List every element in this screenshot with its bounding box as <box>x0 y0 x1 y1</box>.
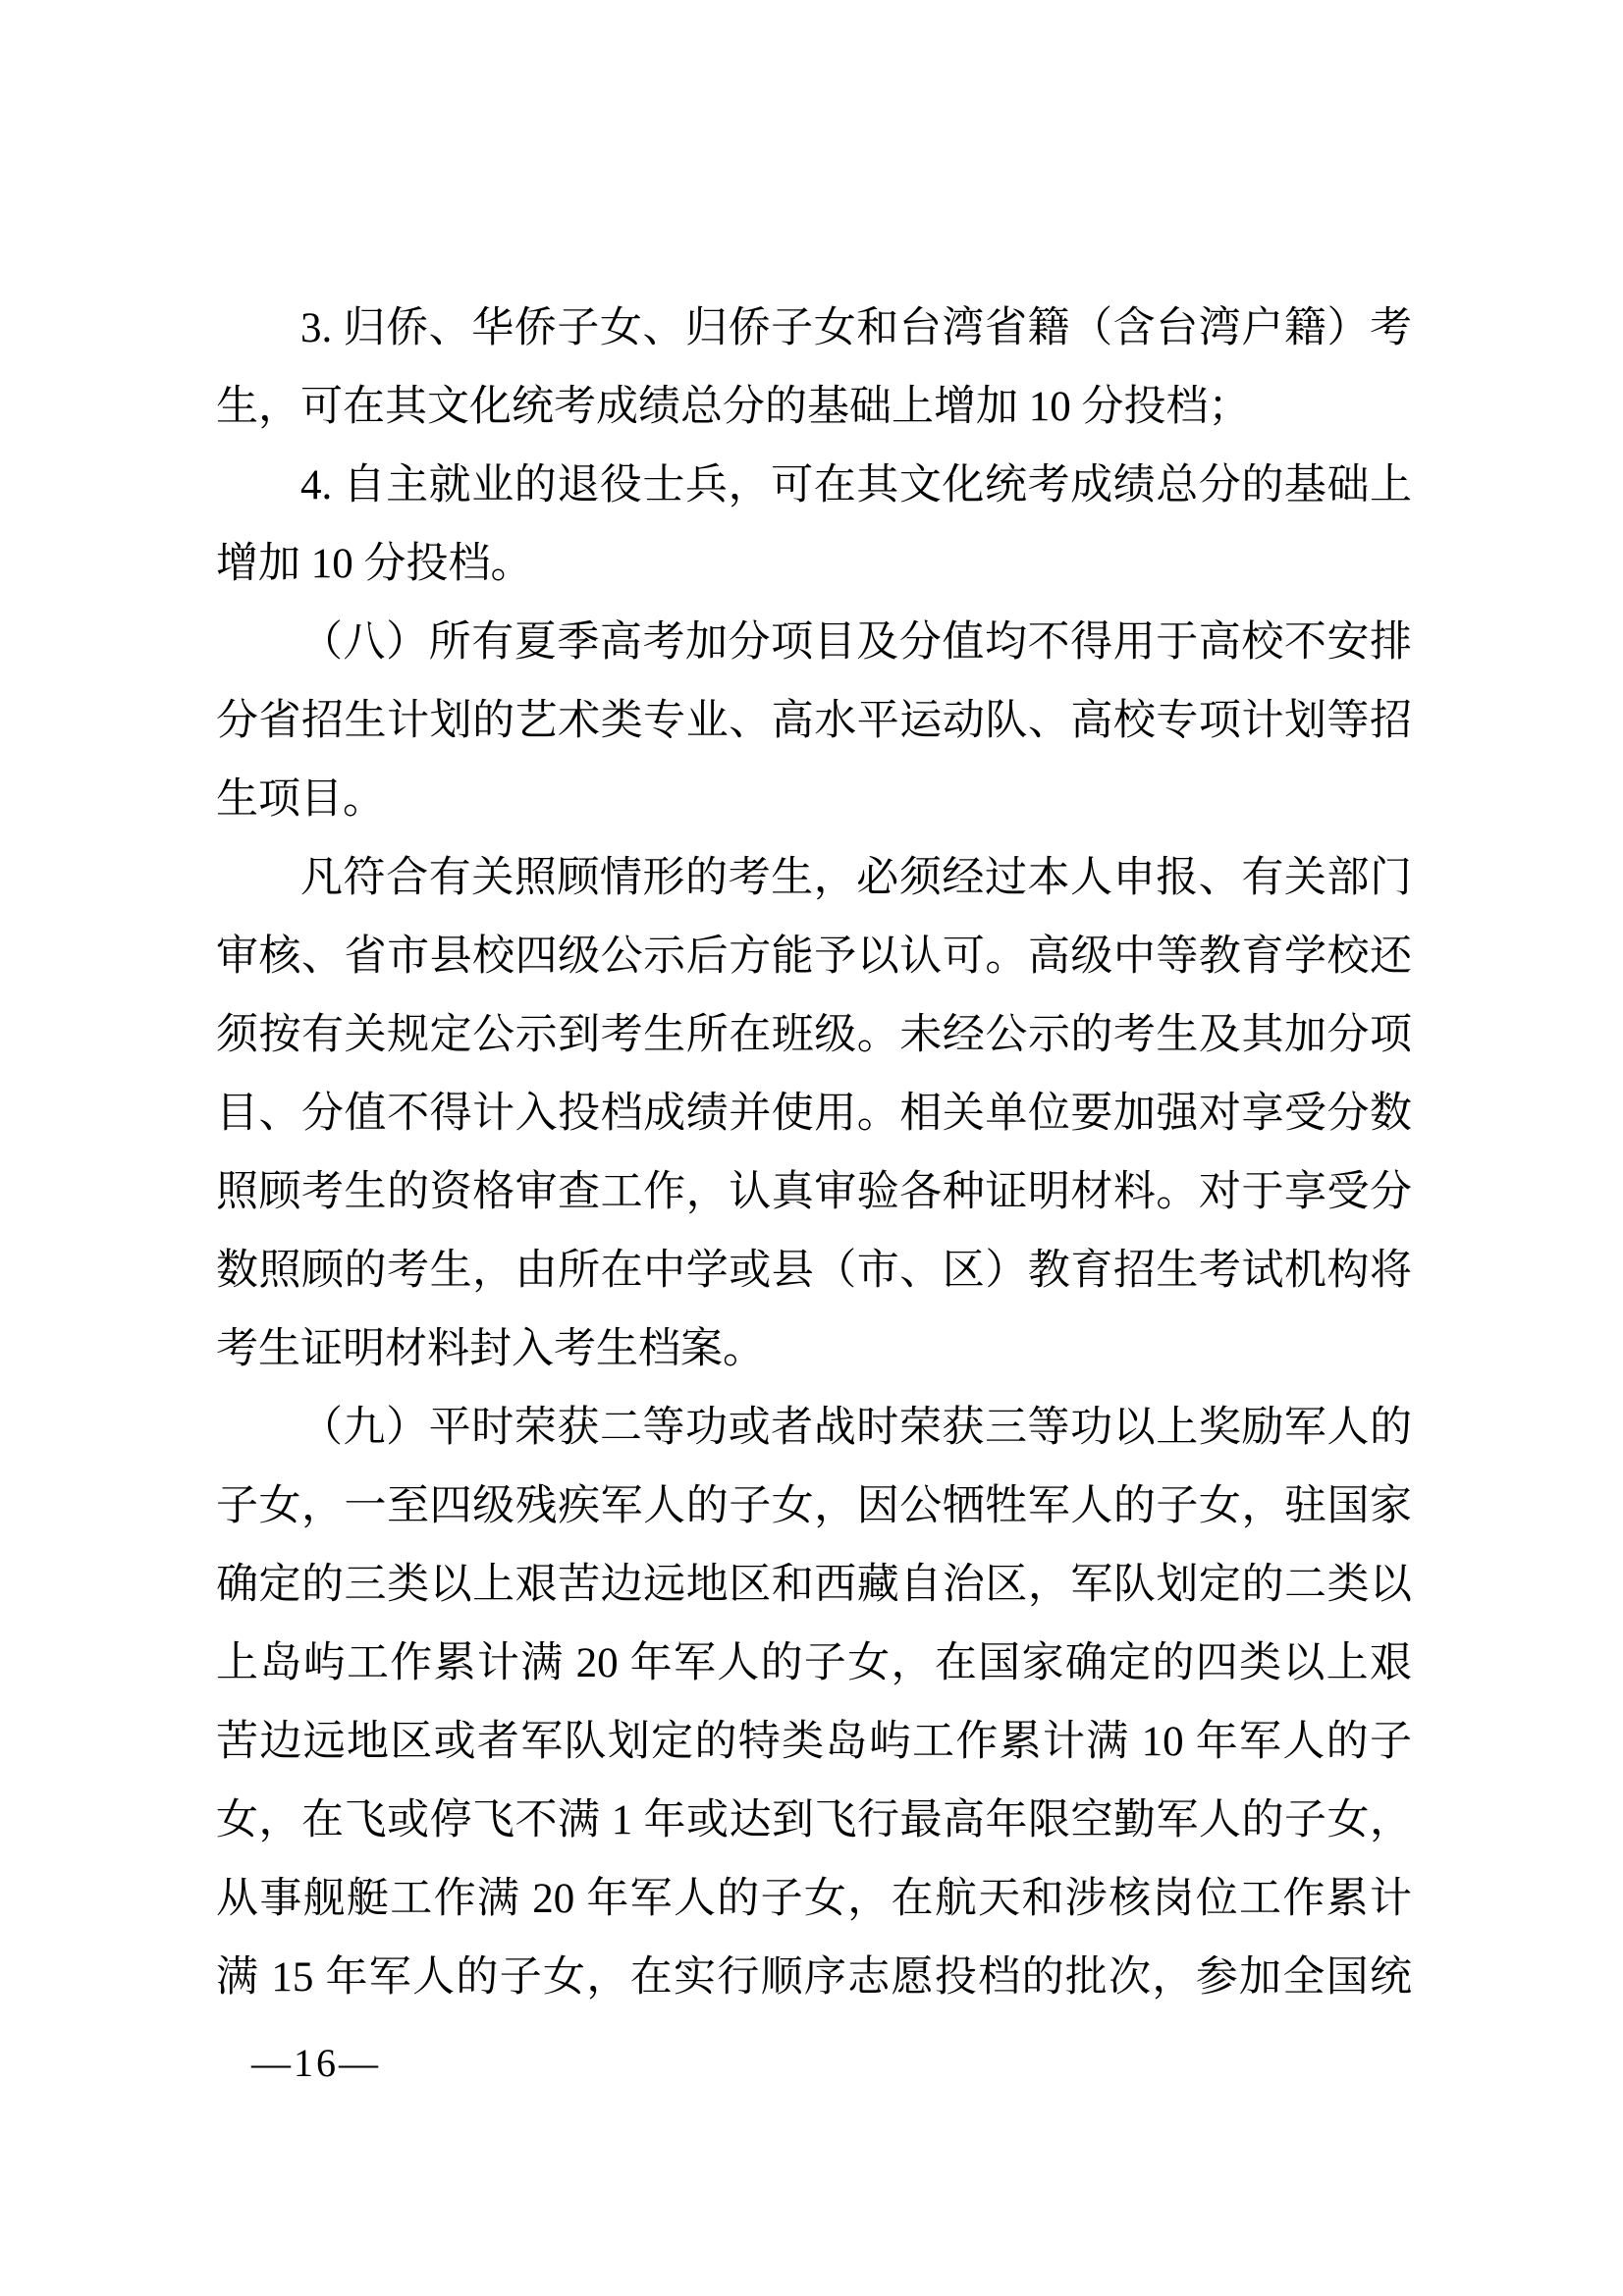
text-line: 子女，一至四级残疾军人的子女，因公牺牲军人的子女，驻国家 <box>216 1468 1412 1546</box>
text-line: （八）所有夏季高考加分项目及分值均不得用于高校不安排 <box>216 604 1412 682</box>
text-line: 数照顾的考生，由所在中学或县（市、区）教育招生考试机构将 <box>216 1232 1412 1310</box>
text-line: 上岛屿工作累计满 20 年军人的子女，在国家确定的四类以上艰 <box>216 1625 1412 1703</box>
text-line: 从事舰艇工作满 20 年军人的子女，在航天和涉核岗位工作累计 <box>216 1860 1412 1939</box>
text-line: 考生证明材料封入考生档案。 <box>216 1310 1412 1389</box>
text-line: 苦边远地区或者军队划定的特类岛屿工作累计满 10 年军人的子 <box>216 1703 1412 1782</box>
text-line: 3. 归侨、华侨子女、归侨子女和台湾省籍（含台湾户籍）考 <box>216 290 1412 368</box>
page-number: —16— <box>251 2042 381 2085</box>
text-line: 分省招生计划的艺术类专业、高水平运动队、高校专项计划等招 <box>216 682 1412 761</box>
text-line: 4. 自主就业的退役士兵，可在其文化统考成绩总分的基础上 <box>216 447 1412 525</box>
text-line: 生项目。 <box>216 761 1412 839</box>
text-line: 须按有关规定公示到考生所在班级。未经公示的考生及其加分项 <box>216 996 1412 1075</box>
document-page: 3. 归侨、华侨子女、归侨子女和台湾省籍（含台湾户籍）考生，可在其文化统考成绩总… <box>0 0 1623 2296</box>
text-line: 确定的三类以上艰苦边远地区和西藏自治区，军队划定的二类以 <box>216 1546 1412 1625</box>
paragraph-para-publicity-review: 凡符合有关照顾情形的考生，必须经过本人申报、有关部门审核、省市县校四级公示后方能… <box>216 839 1412 1389</box>
text-line: 满 15 年军人的子女，在实行顺序志愿投档的批次，参加全国统 <box>216 1939 1412 2017</box>
text-line: 目、分值不得计入投档成绩并使用。相关单位要加强对享受分数 <box>216 1075 1412 1153</box>
text-line: 审核、省市县校四级公示后方能予以认可。高级中等教育学校还 <box>216 918 1412 996</box>
paragraph-item-4-veterans: 4. 自主就业的退役士兵，可在其文化统考成绩总分的基础上增加 10 分投档。 <box>216 447 1412 604</box>
text-line: 凡符合有关照顾情形的考生，必须经过本人申报、有关部门 <box>216 839 1412 918</box>
text-line: 增加 10 分投档。 <box>216 525 1412 604</box>
text-line: 生，可在其文化统考成绩总分的基础上增加 10 分投档； <box>216 368 1412 447</box>
text-line: 女，在飞或停飞不满 1 年或达到飞行最高年限空勤军人的子女， <box>216 1782 1412 1860</box>
paragraph-item-3-overseas-chinese: 3. 归侨、华侨子女、归侨子女和台湾省籍（含台湾户籍）考生，可在其文化统考成绩总… <box>216 290 1412 447</box>
document-body: 3. 归侨、华侨子女、归侨子女和台湾省籍（含台湾户籍）考生，可在其文化统考成绩总… <box>216 290 1412 2017</box>
text-line: （九）平时荣获二等功或者战时荣获三等功以上奖励军人的 <box>216 1389 1412 1468</box>
paragraph-section-8-bonus-scope: （八）所有夏季高考加分项目及分值均不得用于高校不安排分省招生计划的艺术类专业、高… <box>216 604 1412 839</box>
paragraph-section-9-military-children: （九）平时荣获二等功或者战时荣获三等功以上奖励军人的子女，一至四级残疾军人的子女… <box>216 1389 1412 2017</box>
text-line: 照顾考生的资格审查工作，认真审验各种证明材料。对于享受分 <box>216 1153 1412 1232</box>
